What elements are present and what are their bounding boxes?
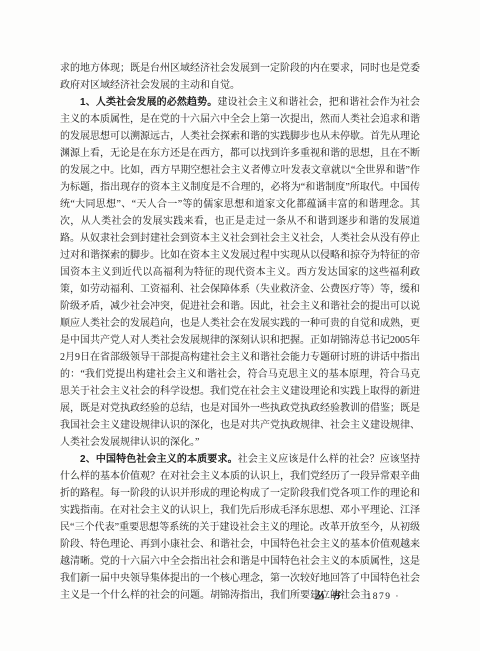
- paragraph-text: 建设社会主义和谐社会，把和谐社会作为社会主义的本质属性，是在党的十六届六中全会上…: [60, 97, 420, 448]
- paragraph-lead: 2、中国特色社会主义的本质要求。: [80, 454, 238, 465]
- paragraph-section-1: 1、人类社会发展的必然趋势。建设社会主义和谐社会，把和谐社会作为社会主义的本质属…: [60, 94, 420, 451]
- page-footer: 丛 书 · 1879 ·: [315, 591, 400, 603]
- paragraph-section-2: 2、中国特色社会主义的本质要求。社会主义应该是什么样的社会？应该坚持什么样的基本…: [60, 451, 420, 604]
- paragraph-lead: 1、人类社会发展的必然趋势。: [80, 97, 217, 108]
- footer-page-number: · 1879 ·: [358, 591, 400, 603]
- document-body: 求的地方体现；既是台州区域经济社会发展到一定阶段的内在要求，同时也是党委政府对区…: [60, 60, 420, 604]
- paragraph-text: 求的地方体现；既是台州区域经济社会发展到一定阶段的内在要求，同时也是党委政府对区…: [60, 63, 420, 91]
- paragraph-continuation: 求的地方体现；既是台州区域经济社会发展到一定阶段的内在要求，同时也是党委政府对区…: [60, 60, 420, 94]
- footer-book-label: 丛 书: [315, 591, 342, 603]
- scanned-book-page: 求的地方体现；既是台州区域经济社会发展到一定阶段的内在要求，同时也是党委政府对区…: [0, 0, 480, 651]
- paragraph-text: 社会主义应该是什么样的社会？应该坚持什么样的基本价值观？在对社会主义本质的认识上…: [60, 454, 420, 601]
